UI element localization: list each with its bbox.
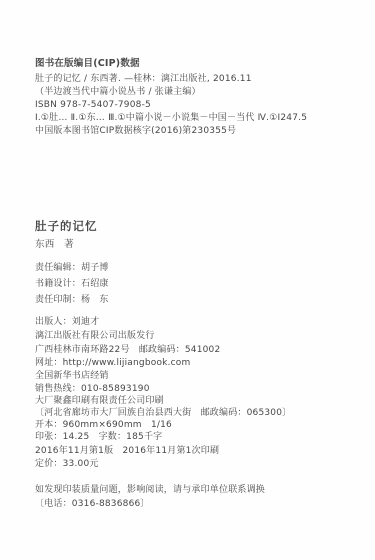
cip-classification-line: Ⅰ.①肚… Ⅱ.①东… Ⅲ.①中篇小说－小说集－中国－当代 Ⅳ.①I247.5	[35, 112, 363, 125]
notice-phone-line: 〔电话：0316-8836866〕	[35, 498, 363, 511]
publisher-address-line: 广西桂林市南环路22号 邮政编码：541002	[35, 344, 363, 357]
book-author: 东西 著	[35, 238, 363, 251]
cip-header: 图书在版编目(CIP)数据	[35, 57, 363, 70]
price-line: 定价：33.00元	[35, 458, 363, 471]
cip-catalog-line: 肚子的记忆 / 东西著. —桂林：漓江出版社, 2016.11	[35, 73, 363, 86]
publisher-company-line: 漓江出版社有限公司出版发行	[35, 330, 363, 343]
distribution-line: 全国新华书店经销	[35, 370, 363, 383]
credit-designer-line: 书籍设计：石绍康	[35, 278, 363, 291]
credit-printing-supervisor-line: 责任印制：杨 东	[35, 294, 363, 307]
quality-notice-line: 如发现印装质量问题，影响阅读，请与承印单位联系调换	[35, 484, 363, 497]
cip-registration-line: 中国版本图书馆CIP数据核字(2016)第230355号	[35, 125, 363, 138]
edition-printing-line: 2016年11月第1版 2016年11月第1次印刷	[35, 445, 363, 458]
publisher-person-line: 出版人：刘迪才	[35, 316, 363, 329]
cip-series-line: （半边渡当代中篇小说丛书 / 张谦主编）	[35, 86, 363, 99]
copyright-page: 图书在版编目(CIP)数据 肚子的记忆 / 东西著. —桂林：漓江出版社, 20…	[0, 0, 375, 560]
credit-editor-line: 责任编辑：胡子博	[35, 262, 363, 275]
publisher-website-line: 网址：http://www.lijiangbook.com	[35, 357, 363, 370]
book-title: 肚子的记忆	[35, 220, 363, 233]
sheets-wordcount-line: 印张：14.25 字数：185千字	[35, 431, 363, 444]
isbn-line: ISBN 978-7-5407-7908-5	[35, 99, 363, 112]
